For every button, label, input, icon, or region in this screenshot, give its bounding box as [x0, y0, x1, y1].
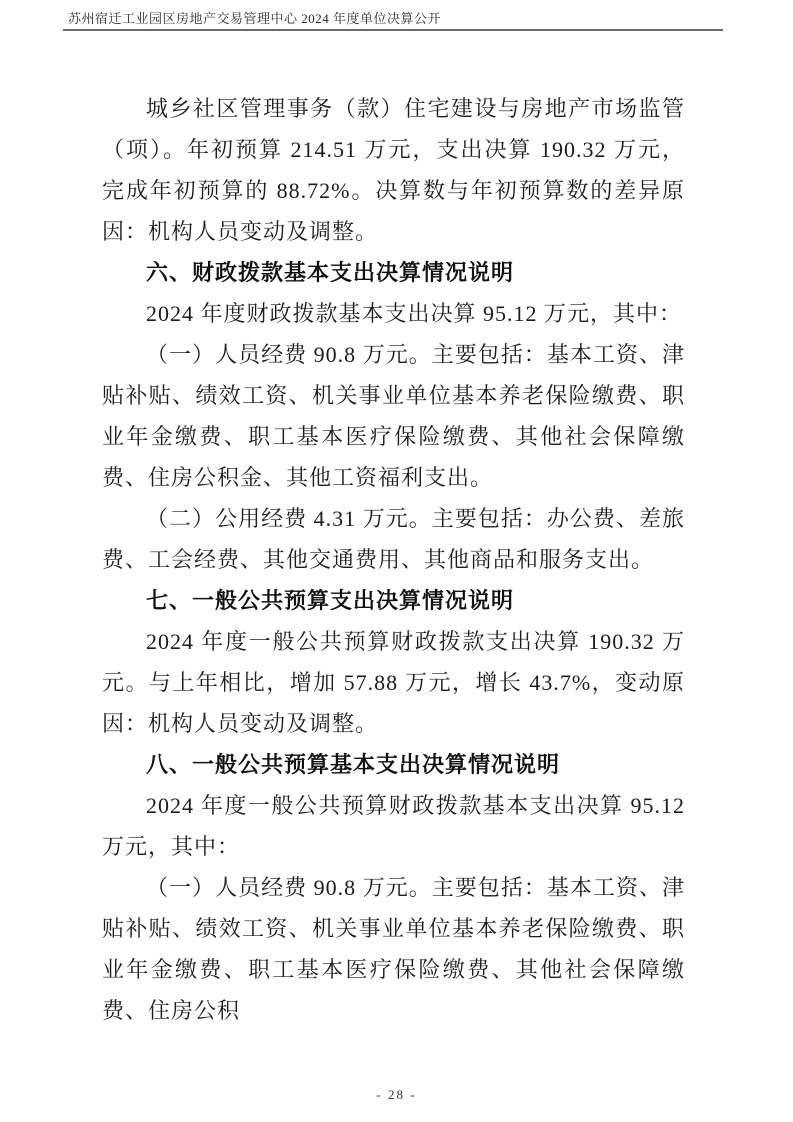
paragraph: （一）人员经费 90.8 万元。主要包括：基本工资、津贴补贴、绩效工资、机关事业…	[102, 867, 685, 1031]
document-page: 苏州宿迁工业园区房地产交易管理中心 2024 年度单位决算公开 城乡社区管理事务…	[0, 0, 793, 1122]
paragraph: 2024 年度财政拨款基本支出决算 95.12 万元，其中：	[102, 293, 685, 334]
section-heading: 八、一般公共预算基本支出决算情况说明	[102, 744, 685, 785]
document-body: 城乡社区管理事务（款）住宅建设与房地产市场监管（项）。年初预算 214.51 万…	[102, 88, 685, 1031]
section-heading: 七、一般公共预算支出决算情况说明	[102, 580, 685, 621]
page-header-title: 苏州宿迁工业园区房地产交易管理中心 2024 年度单位决算公开	[63, 11, 723, 27]
paragraph: （一）人员经费 90.8 万元。主要包括：基本工资、津贴补贴、绩效工资、机关事业…	[102, 334, 685, 498]
page-header: 苏州宿迁工业园区房地产交易管理中心 2024 年度单位决算公开	[63, 11, 723, 31]
paragraph: 2024 年度一般公共预算财政拨款支出决算 190.32 万元。与上年相比，增加…	[102, 621, 685, 744]
paragraph: 2024 年度一般公共预算财政拨款基本支出决算 95.12 万元，其中：	[102, 785, 685, 867]
paragraph: （二）公用经费 4.31 万元。主要包括：办公费、差旅费、工会经费、其他交通费用…	[102, 498, 685, 580]
page-number: - 28 -	[376, 1087, 416, 1102]
page-footer: - 28 -	[0, 1086, 793, 1104]
section-heading: 六、财政拨款基本支出决算情况说明	[102, 252, 685, 293]
header-rule	[63, 29, 723, 31]
paragraph: 城乡社区管理事务（款）住宅建设与房地产市场监管（项）。年初预算 214.51 万…	[102, 88, 685, 252]
